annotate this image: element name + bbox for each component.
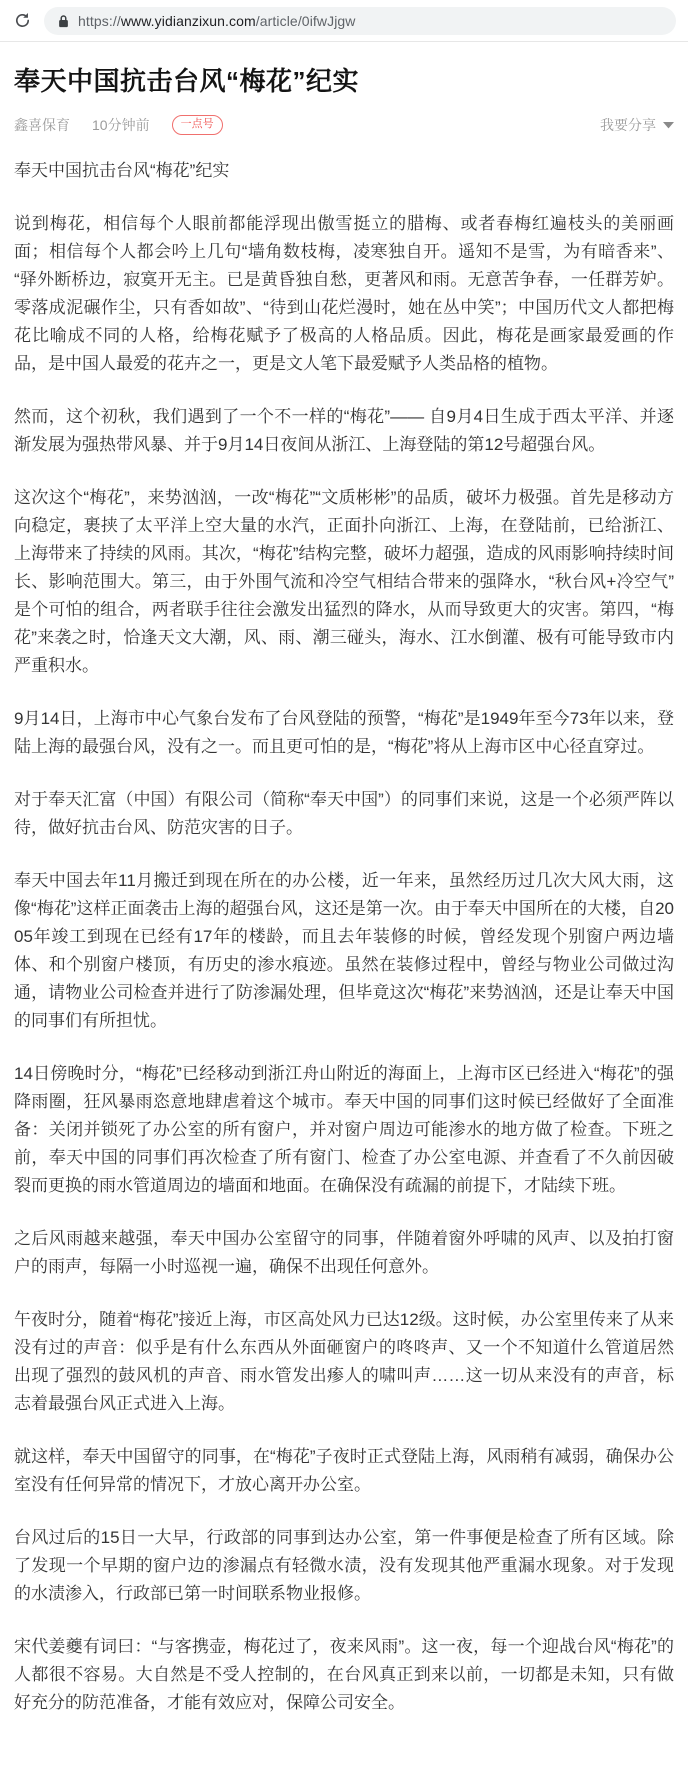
article-paragraph: 就这样，奉天中国留守的同事，在“梅花”子夜时正式登陆上海，风雨稍有减弱，确保办公… — [14, 1443, 674, 1499]
url-text: https://www.yidianzixun.com/article/0ifw… — [78, 13, 356, 29]
url-path: /article/0ifwJjgw — [256, 13, 356, 29]
article-paragraph: 说到梅花，相信每个人眼前都能浮现出傲雪挺立的腊梅、或者春梅红遍枝头的美丽画面；相… — [14, 210, 674, 378]
article-paragraph: 奉天中国抗击台风“梅花”纪实 — [14, 157, 674, 185]
source-name[interactable]: 鑫喜保育 — [14, 115, 70, 135]
reload-button[interactable] — [10, 9, 34, 33]
article-paragraph: 午夜时分，随着“梅花”接近上海，市区高处风力已达12级。这时候，办公室里传来了从… — [14, 1306, 674, 1418]
article-paragraph: 奉天中国去年11月搬迁到现在所在的办公楼，近一年来，虽然经历过几次大风大雨，这像… — [14, 867, 674, 1035]
publish-time: 10分钟前 — [92, 115, 150, 135]
page-title: 奉天中国抗击台风“梅花”纪实 — [14, 64, 674, 98]
address-bar[interactable]: https://www.yidianzixun.com/article/0ifw… — [44, 7, 676, 35]
chevron-down-icon — [663, 122, 674, 129]
yidianhao-badge: 一点号 — [172, 115, 223, 135]
article-body: 奉天中国抗击台风“梅花”纪实说到梅花，相信每个人眼前都能浮现出傲雪挺立的腊梅、或… — [14, 157, 674, 1784]
browser-toolbar: https://www.yidianzixun.com/article/0ifw… — [0, 0, 688, 42]
article-paragraph: 台风过后的15日一大早，行政部的同事到达办公室，第一件事便是检查了所有区域。除了… — [14, 1524, 674, 1608]
article-paragraph: 9月14日，上海市中心气象台发布了台风登陆的预警，“梅花”是1949年至今73年… — [14, 705, 674, 761]
article-page: 奉天中国抗击台风“梅花”纪实 鑫喜保育 10分钟前 一点号 我要分享 奉天中国抗… — [0, 64, 688, 1784]
article-paragraph: 宋代姜夔有词曰：“与客携壶，梅花过了，夜来风雨”。这一夜，每一个迎战台风“梅花”… — [14, 1633, 674, 1717]
share-label: 我要分享 — [600, 115, 656, 135]
article-paragraph: 然而，这个初秋，我们遇到了一个不一样的“梅花”—— 自9月4日生成于西太平洋、并… — [14, 403, 674, 459]
article-meta: 鑫喜保育 10分钟前 一点号 我要分享 — [14, 115, 674, 135]
article-paragraph: 之后风雨越来越强，奉天中国办公室留守的同事，伴随着窗外呼啸的风声、以及拍打窗户的… — [14, 1225, 674, 1281]
url-scheme: https:// — [78, 13, 121, 29]
article-paragraph: 14日傍晚时分，“梅花”已经移动到浙江舟山附近的海面上，上海市区已经进入“梅花”… — [14, 1060, 674, 1200]
article-paragraph: 对于奉天汇富（中国）有限公司（简称“奉天中国”）的同事们来说，这是一个必须严阵以… — [14, 786, 674, 842]
url-host: www.yidianzixun.com — [121, 13, 256, 29]
lock-icon[interactable] — [58, 14, 69, 28]
article-paragraph: 这次这个“梅花”，来势汹汹，一改“梅花”“文质彬彬”的品质，破坏力极强。首先是移… — [14, 484, 674, 680]
reload-icon — [13, 11, 32, 30]
share-dropdown[interactable]: 我要分享 — [600, 115, 674, 135]
